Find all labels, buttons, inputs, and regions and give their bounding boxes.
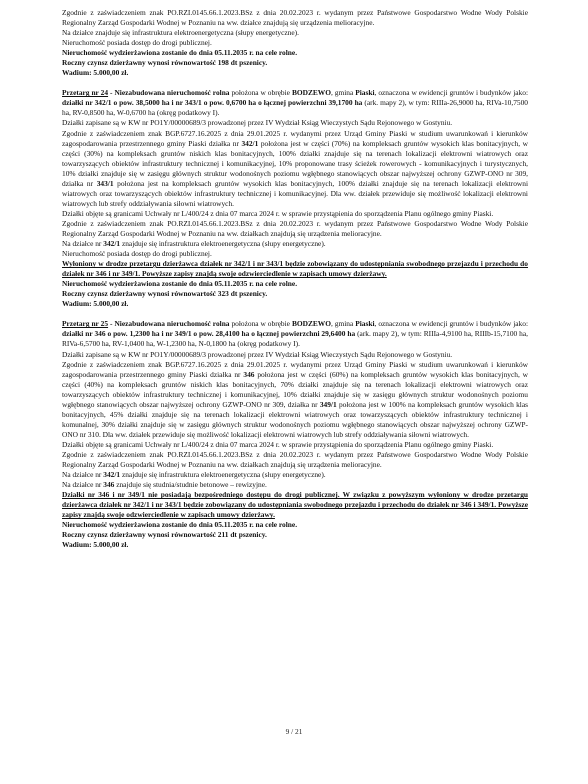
tender-desc: położona w obrębie: [230, 88, 292, 97]
tender-plots: działki nr 346 o pow. 1,2300 ha i nr 349…: [62, 329, 355, 338]
lease-end-text: Nieruchomość wydzierżawiona zostanie do …: [62, 279, 528, 289]
study-text: Zgodnie z zaświadczeniem znak BGP.6727.1…: [62, 129, 528, 209]
infra-plot: 342/1: [103, 470, 120, 479]
infra-plot: 342/1: [103, 239, 120, 248]
water-certificate-text: Zgodnie z zaświadczeniem znak PO.RZI.014…: [62, 219, 528, 239]
infra-text-part: znajduje się infrastruktura elektroenerg…: [120, 470, 326, 479]
study-plot: 349/1: [320, 400, 337, 409]
tender-desc: , gmina: [331, 319, 355, 328]
well-text-part: Na działce nr: [62, 480, 103, 489]
previous-tender-tail: Zgodnie z zaświadczeniem znak PO.RZI.014…: [62, 8, 528, 78]
resolution-text: Działki objęte są granicami Uchwały nr L…: [62, 440, 528, 450]
access-text: Nieruchomość posiada dostęp do drogi pub…: [62, 249, 528, 259]
tender-title: Przetarg nr 24: [62, 88, 108, 97]
tender-type: - Niezabudowana nieruchomość rolna: [108, 88, 229, 97]
tender-heading: Przetarg nr 25 - Niezabudowana nieruchom…: [62, 319, 528, 349]
infrastructure-text: Na działce znajduje się infrastruktura e…: [62, 28, 528, 38]
tender-commune: Piaski: [355, 88, 374, 97]
tender-heading: Przetarg nr 24 - Niezabudowana nieruchom…: [62, 88, 528, 118]
tender-title: Przetarg nr 25: [62, 319, 108, 328]
well-text-part: znajduje się studnia/studnie betonowe – …: [114, 480, 267, 489]
water-certificate-text: Zgodnie z zaświadczeniem znak PO.RZI.014…: [62, 450, 528, 470]
infra-text-part: znajduje się infrastruktura elektroenerg…: [120, 239, 326, 248]
well-plot: 346: [103, 480, 114, 489]
lease-end-text: Nieruchomość wydzierżawiona zostanie do …: [62, 48, 528, 58]
rent-text: Roczny czynsz dzierżawny wynosi równowar…: [62, 530, 528, 540]
rent-text: Roczny czynsz dzierżawny wynosi równowar…: [62, 289, 528, 299]
document-page: Zgodnie z zaświadczeniem znak PO.RZI.014…: [62, 8, 528, 550]
deposit-text: Wadium: 5.000,00 zł.: [62, 68, 528, 78]
tender-locality: BODZEWO: [292, 88, 331, 97]
infrastructure-text: Na działce nr 342/1 znajduje się infrast…: [62, 470, 528, 480]
obligation-text: Działki nr 346 i nr 349/1 nie posiadają …: [62, 490, 528, 520]
study-text: Zgodnie z zaświadczeniem znak BGP.6727.1…: [62, 360, 528, 440]
study-text-part: położona jest na kompleksach gruntów wys…: [62, 179, 528, 208]
study-plot: 343/1: [97, 179, 114, 188]
tender-plots: działki nr 342/1 o pow. 38,5000 ha i nr …: [62, 98, 362, 107]
obligation-text: Wyłoniony w drodze przetargu dzierżawca …: [62, 259, 528, 279]
lease-end-text: Nieruchomość wydzierżawiona zostanie do …: [62, 520, 528, 530]
infrastructure-text: Na działce nr 342/1 znajduje się infrast…: [62, 239, 528, 249]
tender-25: Przetarg nr 25 - Niezabudowana nieruchom…: [62, 319, 528, 550]
tender-commune: Piaski: [355, 319, 374, 328]
well-note-text: Na działce nr 346 znajduje się studnia/s…: [62, 480, 528, 490]
tender-type: - Niezabudowana nieruchomość rolna: [108, 319, 229, 328]
page-number: 9 / 21: [0, 727, 588, 736]
tender-desc: , oznaczona w ewidencji gruntów i budynk…: [375, 319, 528, 328]
deposit-text: Wadium: 5.000,00 zł.: [62, 299, 528, 309]
tender-24: Przetarg nr 24 - Niezabudowana nieruchom…: [62, 88, 528, 309]
tender-locality: BODZEWO: [292, 319, 331, 328]
study-plot: 342/1: [241, 139, 258, 148]
study-plot: 346: [243, 370, 254, 379]
infra-text-part: Na działce nr: [62, 239, 103, 248]
tender-desc: , oznaczona w ewidencji gruntów i budynk…: [375, 88, 528, 97]
rent-text: Roczny czynsz dzierżawny wynosi równowar…: [62, 58, 528, 68]
land-register-text: Działki zapisane są w KW nr PO1Y/0000068…: [62, 350, 528, 360]
tender-desc: , gmina: [331, 88, 355, 97]
access-text: Nieruchomość posiada dostęp do drogi pub…: [62, 38, 528, 48]
tender-desc: położona w obrębie: [230, 319, 292, 328]
land-register-text: Działki zapisane są w KW nr PO1Y/0000068…: [62, 118, 528, 128]
water-certificate-text: Zgodnie z zaświadczeniem znak PO.RZI.014…: [62, 8, 528, 28]
infra-text-part: Na działce nr: [62, 470, 103, 479]
resolution-text: Działki objęte są granicami Uchwały nr L…: [62, 209, 528, 219]
deposit-text: Wadium: 5.000,00 zł.: [62, 540, 528, 550]
